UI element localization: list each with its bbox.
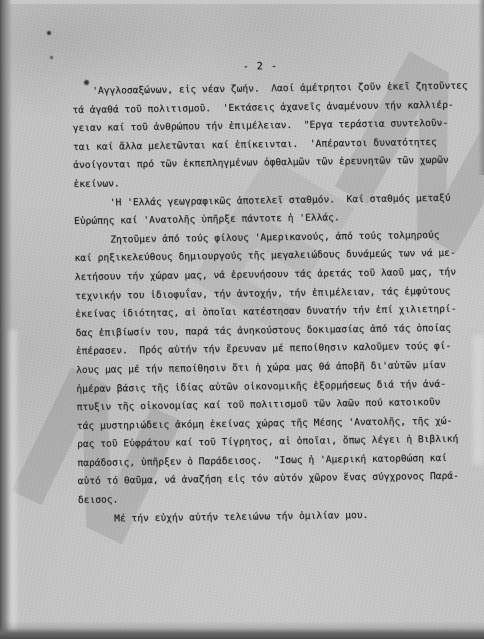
scan-edge-bottom <box>0 621 484 639</box>
scan-edge-top <box>0 0 484 4</box>
document-text: 'Αγγλοσαξώνων, εἰς νέαν ζωήν. Λαοί ἀμέτρ… <box>72 77 478 529</box>
scan-edge-right-highlight <box>473 335 484 465</box>
scan-edge-right <box>478 0 484 175</box>
ink-speck <box>84 80 89 85</box>
ink-speck <box>50 56 53 59</box>
scanned-page: Ν Ε Ν - 2 - 'Αγγλοσαξώνων, εἰς νέαν ζωήν… <box>0 0 484 639</box>
scan-edge-left-highlight <box>9 330 17 639</box>
ink-speck <box>47 31 51 35</box>
page-number: - 2 - <box>243 61 278 72</box>
